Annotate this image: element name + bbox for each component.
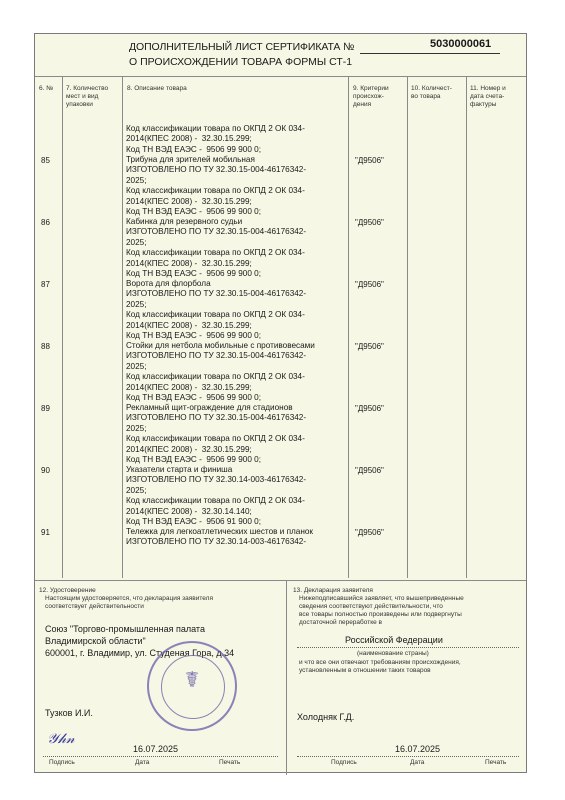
row-criterion: "Д9506" (355, 156, 384, 165)
sheet-header: ДОПОЛНИТЕЛЬНЫЙ ЛИСТ СЕРТИФИКАТА № О ПРОИ… (35, 34, 526, 77)
row-description: Рекламный щит-ограждение для стадионов И… (126, 403, 352, 465)
row-number: 90 (41, 466, 50, 475)
row-description: Кабинка для резервного судьи ИЗГОТОВЛЕНО… (126, 217, 352, 279)
row-criterion: "Д9506" (355, 342, 384, 351)
caduceus-icon: ☤ (149, 667, 235, 693)
row-number: 91 (41, 528, 50, 537)
row-description: Трибуна для зрителей мобильная ИЗГОТОВЛЕ… (126, 155, 352, 217)
col-header-criteria: 9. Критерии происхож- дения (353, 85, 389, 109)
declaration-signature-line (297, 756, 519, 757)
row-number: 87 (41, 280, 50, 289)
continuation-description: Код классификации товара по ОКПД 2 ОК 03… (126, 124, 352, 155)
row-number: 89 (41, 404, 50, 413)
signature-section: 12. Удостоверение Настоящим удостоверяет… (35, 580, 526, 775)
declaration-country: Российской Федерации (345, 634, 443, 646)
declaration-signer: Холодняк Г.Д. (297, 711, 354, 723)
signature-line (43, 756, 278, 757)
certification-date: 16.07.2025 (133, 743, 178, 755)
label-seal: Печать (219, 759, 240, 767)
title-line-2: О ПРОИСХОЖДЕНИИ ТОВАРА ФОРМЫ СТ-1 (129, 56, 352, 68)
row-criterion: "Д9506" (355, 528, 384, 537)
row-criterion: "Д9506" (355, 404, 384, 413)
decl-label-signature: Подпись (331, 759, 357, 767)
decl-label-date: Дата (410, 759, 424, 767)
country-caption: (наименование страны) (357, 650, 429, 658)
certificate-number: 5030000061 (430, 38, 491, 50)
row-criterion: "Д9506" (355, 218, 384, 227)
column-divider (348, 76, 408, 578)
declaration-text: Нижеподписавшийся заявляет, что вышеприв… (299, 595, 464, 627)
row-criterion: "Д9506" (355, 280, 384, 289)
row-criterion: "Д9506" (355, 466, 384, 475)
col-header-packages: 7. Количество мест и вид упаковки (66, 85, 108, 109)
row-number: 88 (41, 342, 50, 351)
declaration-heading: 13. Декларация заявителя (293, 587, 373, 595)
section-divider (286, 581, 287, 775)
certification-heading: 12. Удостоверение (39, 587, 96, 595)
certificate-sheet: ДОПОЛНИТЕЛЬНЫЙ ЛИСТ СЕРТИФИКАТА № О ПРОИ… (34, 33, 527, 773)
column-divider (35, 76, 63, 578)
column-divider (62, 76, 123, 578)
certification-signer: Тузков И.И. (45, 707, 93, 719)
declaration-date: 16.07.2025 (395, 743, 440, 755)
row-description: Ворота для флорбола ИЗГОТОВЛЕНО ПО ТУ 32… (126, 279, 352, 341)
row-description: Тележка для легкоатлетических шестов и п… (126, 527, 352, 548)
label-date: Дата (135, 759, 149, 767)
label-signature: Подпись (49, 759, 75, 767)
col-header-description: 8. Описание товара (127, 85, 187, 93)
decl-label-seal: Печать (485, 759, 506, 767)
row-number: 85 (41, 156, 50, 165)
col-header-quantity: 10. Количест- во товара (411, 85, 452, 101)
row-number: 86 (41, 218, 50, 227)
column-divider (407, 76, 467, 578)
col-header-no: 6. № (39, 85, 53, 93)
country-line (297, 647, 519, 648)
title-line-1: ДОПОЛНИТЕЛЬНЫЙ ЛИСТ СЕРТИФИКАТА № (129, 41, 354, 53)
certification-text: Настоящим удостоверяется, что декларация… (45, 595, 213, 611)
declaration-text-2: и что все они отвечают требованиям проис… (299, 659, 461, 675)
number-underline (360, 53, 500, 54)
row-description: Стойки для нетбола мобильные с противове… (126, 341, 352, 403)
col-header-invoice: 11. Номер и дата счета- фактуры (470, 85, 506, 109)
seal-stamp: ☤ (147, 641, 237, 731)
row-description: Указатели старта и финиша ИЗГОТОВЛЕНО ПО… (126, 465, 352, 527)
signature-mark: 𝒴𝒽𝓃 (47, 731, 75, 747)
